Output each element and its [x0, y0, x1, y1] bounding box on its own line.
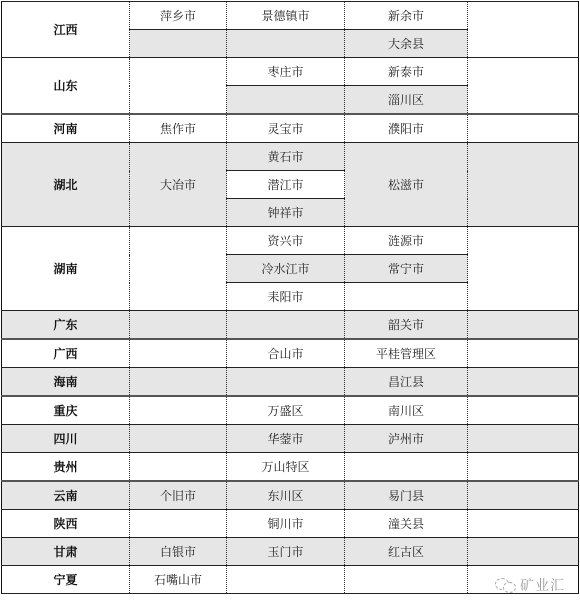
- table-cell: 白银市: [130, 538, 227, 566]
- province-cell: 山东: [2, 58, 130, 115]
- table-cell: [468, 311, 579, 340]
- table-cell: 易门县: [345, 481, 468, 510]
- table-row: 重庆 万盛区 南川区: [2, 396, 579, 425]
- table-row: 云南 个旧市 东川区 易门县: [2, 481, 579, 510]
- table-row: 甘肃 白银市 玉门市 红古区: [2, 538, 579, 566]
- table-cell: [468, 114, 579, 143]
- table-cell: 东川区: [227, 481, 345, 510]
- table-cell: 钟祥市: [227, 199, 345, 227]
- table-cell: [345, 453, 468, 482]
- table-cell: [130, 339, 227, 368]
- table-cell: 耒阳市: [227, 283, 345, 311]
- table-cell: 涟源市: [345, 227, 468, 255]
- province-cell: 贵州: [2, 453, 130, 482]
- table-cell: [130, 510, 227, 538]
- table-cell: 大余县: [345, 30, 468, 58]
- table-row: 湖南 资兴市 涟源市: [2, 227, 579, 255]
- table-cell: [130, 396, 227, 425]
- table-cell: [468, 425, 579, 453]
- table-cell: 新余市: [345, 2, 468, 30]
- table-cell: [227, 311, 345, 340]
- table-cell: [468, 143, 579, 227]
- table-row: 山东 枣庄市 新泰市: [2, 58, 579, 86]
- table-cell: [130, 58, 227, 115]
- table-cell: 潜江市: [227, 171, 345, 199]
- table-cell: [468, 58, 579, 115]
- watermark-text: 矿业汇: [520, 575, 565, 595]
- table-row: 贵州 万山特区: [2, 453, 579, 482]
- province-cell: 广西: [2, 339, 130, 368]
- province-cell: 云南: [2, 481, 130, 510]
- table-cell: [130, 453, 227, 482]
- table-cell: 南川区: [345, 396, 468, 425]
- table-cell: [468, 227, 579, 311]
- table-cell: [468, 538, 579, 566]
- province-cell: 四川: [2, 425, 130, 453]
- table-cell: 常宁市: [345, 255, 468, 283]
- table-cell: 松滋市: [345, 143, 468, 227]
- table-cell: [468, 453, 579, 482]
- table-cell: [468, 396, 579, 425]
- province-cell: 陕西: [2, 510, 130, 538]
- province-cell: 江西: [2, 2, 130, 58]
- table-cell: 冷水江市: [227, 255, 345, 283]
- table-cell: 韶关市: [345, 311, 468, 340]
- table-row: 河南 焦作市 灵宝市 濮阳市: [2, 114, 579, 143]
- table-cell: 个旧市: [130, 481, 227, 510]
- table-cell: 合山市: [227, 339, 345, 368]
- province-cell: 湖南: [2, 227, 130, 311]
- table-row: 四川 华蓥市 泸州市: [2, 425, 579, 453]
- table-row: 海南 昌江县: [2, 368, 579, 397]
- table-cell: [468, 481, 579, 510]
- table-cell: 石嘴山市: [130, 566, 227, 594]
- table-row: 宁夏 石嘴山市: [2, 566, 579, 594]
- table-cell: 万盛区: [227, 396, 345, 425]
- table-cell: 景德镇市: [227, 2, 345, 30]
- table-cell: 平桂管理区: [345, 339, 468, 368]
- watermark: 矿业汇: [495, 575, 565, 595]
- table-cell: 红古区: [345, 538, 468, 566]
- table-cell: 焦作市: [130, 114, 227, 143]
- table-cell: 泸州市: [345, 425, 468, 453]
- table-cell: [227, 566, 345, 594]
- table-row: 陕西 铜川市 潼关县: [2, 510, 579, 538]
- table-row: 湖北 大冶市 黄石市 松滋市: [2, 143, 579, 171]
- table-cell: [130, 30, 227, 58]
- province-cell: 甘肃: [2, 538, 130, 566]
- resource-city-table: 江西 萍乡市 景德镇市 新余市 大余县 山东 枣庄市 新泰市 淄川区 河南 焦作…: [1, 1, 579, 594]
- table-cell: [345, 283, 468, 311]
- table-cell: [130, 227, 227, 311]
- table-cell: 资兴市: [227, 227, 345, 255]
- province-cell: 宁夏: [2, 566, 130, 594]
- table-cell: 新泰市: [345, 58, 468, 86]
- table-cell: 黄石市: [227, 143, 345, 171]
- wechat-icon: [495, 578, 517, 592]
- province-cell: 河南: [2, 114, 130, 143]
- table-cell: [227, 86, 345, 115]
- province-cell: 海南: [2, 368, 130, 397]
- table-cell: 濮阳市: [345, 114, 468, 143]
- table-cell: [468, 510, 579, 538]
- table-cell: [130, 311, 227, 340]
- province-cell: 湖北: [2, 143, 130, 227]
- table-cell: 枣庄市: [227, 58, 345, 86]
- table-cell: 潼关县: [345, 510, 468, 538]
- province-cell: 重庆: [2, 396, 130, 425]
- table-cell: 萍乡市: [130, 2, 227, 30]
- table-cell: 万山特区: [227, 453, 345, 482]
- table-cell: [130, 368, 227, 397]
- province-cell: 广东: [2, 311, 130, 340]
- table-cell: [468, 368, 579, 397]
- table-cell: 玉门市: [227, 538, 345, 566]
- table-cell: [345, 566, 468, 594]
- table-cell: 昌江县: [345, 368, 468, 397]
- table-row: 江西 萍乡市 景德镇市 新余市: [2, 2, 579, 30]
- table-cell: 铜川市: [227, 510, 345, 538]
- table-cell: 淄川区: [345, 86, 468, 115]
- table-cell: 大冶市: [130, 143, 227, 227]
- table-row: 广西 合山市 平桂管理区: [2, 339, 579, 368]
- table-cell: [468, 2, 579, 58]
- table-cell: [130, 425, 227, 453]
- table-cell: [227, 30, 345, 58]
- table-cell: 华蓥市: [227, 425, 345, 453]
- table-cell: [468, 339, 579, 368]
- table-row: 广东 韶关市: [2, 311, 579, 340]
- table-cell: 灵宝市: [227, 114, 345, 143]
- table-cell: [227, 368, 345, 397]
